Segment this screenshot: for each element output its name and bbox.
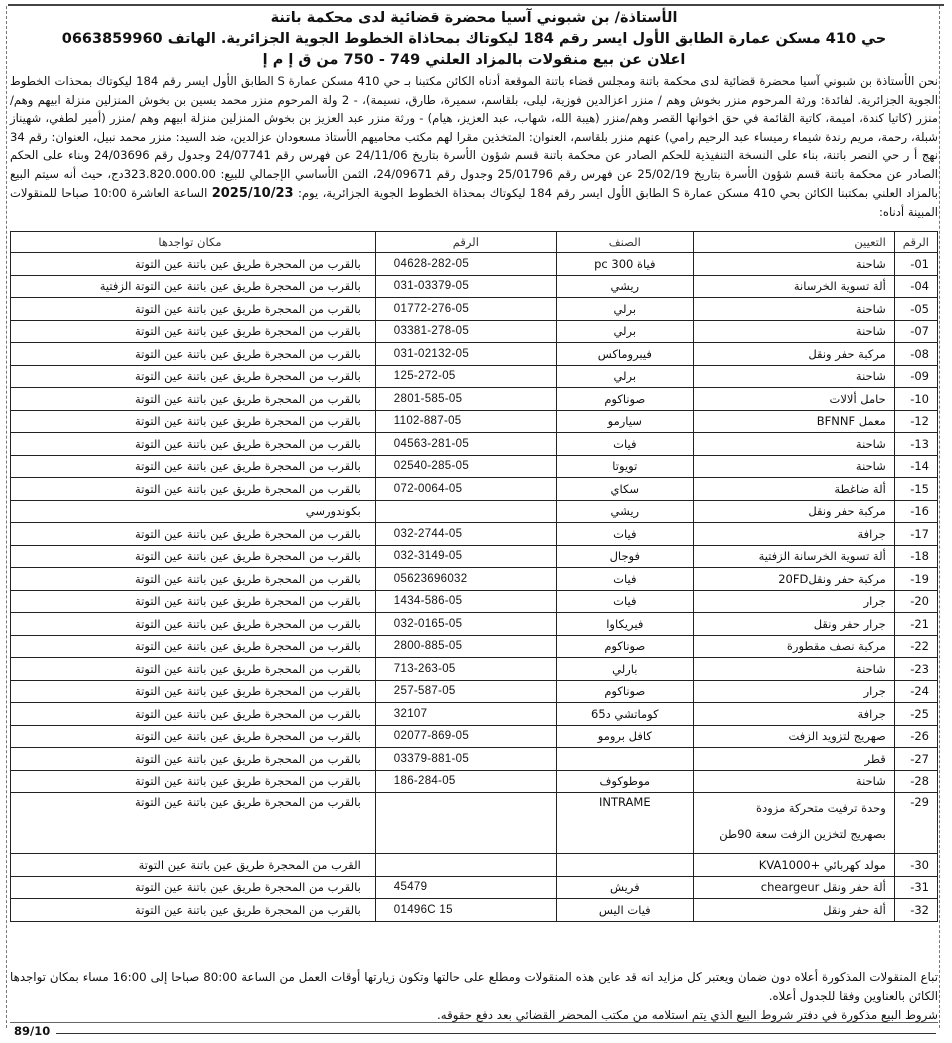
table-row: 15-ألة ضاغطةسكاي072-0064-05بالقرب من الم… [11, 478, 938, 501]
row-designation: مركبة حفر ونقل [693, 343, 894, 366]
sale-date: 2025/10/23 [212, 186, 294, 201]
row-number: 05- [894, 298, 937, 321]
row-registration: 072-0064-05 [375, 478, 556, 501]
row-location: بالقرب من المحجرة طريق عين باتنة عين الت… [11, 658, 376, 681]
row-registration: 257-587-05 [375, 680, 556, 703]
row-designation: ألة حفر ونقل [693, 899, 894, 922]
row-location: بالقرب من المحجرة طريق عين باتنة عين الت… [11, 275, 376, 298]
row-registration: 031-02132-05 [375, 343, 556, 366]
row-type: سكاي [556, 478, 693, 501]
row-designation: مركبة حفر ونقل20FD [693, 568, 894, 591]
row-number: 31- [894, 876, 937, 899]
table-row: 05-شاحنةبرلي01772-276-05بالقرب من المحجر… [11, 298, 938, 321]
page-rule [56, 1033, 936, 1034]
row-location: بالقرب من المحجرة طريق عين باتنة عين الت… [11, 770, 376, 793]
table-row: 07-شاحنةبرلي03381-278-05بالقرب من المحجر… [11, 320, 938, 343]
row-designation: جرار [693, 590, 894, 613]
row-registration: 031-03379-05 [375, 275, 556, 298]
row-designation: ألة تسوية الخرسانة [693, 275, 894, 298]
row-designation: جرار [693, 680, 894, 703]
table-row: 08-مركبة حفر ونقلفيبروماكس031-02132-05با… [11, 343, 938, 366]
row-number: 18- [894, 545, 937, 568]
row-location: بالقرب من المحجرة طريق عين باتنة عين الت… [11, 748, 376, 771]
row-number: 25- [894, 703, 937, 726]
row-designation: جرافة [693, 523, 894, 546]
row-designation: شاحنة [693, 365, 894, 388]
row-number: 22- [894, 635, 937, 658]
row-number: 09- [894, 365, 937, 388]
row-location: بالقرب من المحجرة طريق عين باتنة عين الت… [11, 899, 376, 922]
header-designation: التعيين [693, 232, 894, 253]
row-designation: شاحنة [693, 298, 894, 321]
row-location: بالقرب من المحجرة طريق عين باتنة عين الت… [11, 876, 376, 899]
items-table: الرقم التعيين الصنف الرقم مكان تواجدها 0… [10, 231, 938, 922]
row-number: 04- [894, 275, 937, 298]
row-type: فوجال [556, 545, 693, 568]
bailiff-address: حي 410 مسكن عمارة الطابق الأول ايسر رقم … [8, 29, 940, 50]
table-row: 22-مركبة نصف مقطورةصوناكوم2800-885-05بال… [11, 635, 938, 658]
viewing-terms: تباع المنقولات المذكورة أعلاه دون ضمان و… [10, 968, 938, 1006]
row-designation: مركبة نصف مقطورة [693, 635, 894, 658]
row-number: 29- [894, 793, 937, 854]
row-location: بالقرب من المحجرة طريق عين باتنة عين الت… [11, 725, 376, 748]
row-type: فيريكاوا [556, 613, 693, 636]
footer-divider [10, 1022, 938, 1023]
row-type: فيات [556, 433, 693, 456]
row-type: فيات اليس [556, 899, 693, 922]
row-number: 27- [894, 748, 937, 771]
table-row: 12-معمل BFNNFسيارمو1102-887-05بالقرب من … [11, 410, 938, 433]
row-registration: 125-272-05 [375, 365, 556, 388]
notice-header: الأستاذة/ بن شبوني آسيا محضرة قضائية لدى… [8, 8, 940, 71]
row-type: تويوتا [556, 455, 693, 478]
row-location: بالقرب من المحجرة طريق عين باتنة عين الت… [11, 590, 376, 613]
row-location: بالقرب من المحجرة طريق عين باتنة عين الت… [11, 410, 376, 433]
intro-paragraph: نحن الأستاذة بن شبوني آسيا محضرة قضائية … [10, 72, 938, 222]
row-designation: ألة ضاغطة [693, 478, 894, 501]
row-type: برلي [556, 365, 693, 388]
row-designation: شاحنة [693, 433, 894, 456]
row-type: موطوكوف [556, 770, 693, 793]
table-row: 32-ألة حفر ونقلفيات اليس01496C 15بالقرب … [11, 899, 938, 922]
header-registration: الرقم [375, 232, 556, 253]
row-type: فريش [556, 876, 693, 899]
row-type: سيارمو [556, 410, 693, 433]
row-type: فيبروماكس [556, 343, 693, 366]
row-number: 17- [894, 523, 937, 546]
row-designation: شاحنة [693, 658, 894, 681]
row-registration: 01496C 15 [375, 899, 556, 922]
row-registration: 032-3149-05 [375, 545, 556, 568]
designation-line-1: وحدة ترفيت متحركة مزودة [702, 795, 886, 821]
row-location: بالقرب من المحجرة طريق عين باتنة عين الت… [11, 365, 376, 388]
row-registration: 713-263-05 [375, 658, 556, 681]
row-designation: صهريج لتزويد الزفت [693, 725, 894, 748]
row-number: 19- [894, 568, 937, 591]
row-designation: جرافة [693, 703, 894, 726]
table-row: 01-شاحنةفياة 300 pc04628-282-05بالقرب من… [11, 253, 938, 276]
row-registration: 05623696032 [375, 568, 556, 591]
row-type: كوماتشي د65 [556, 703, 693, 726]
table-row: 29-وحدة ترفيت متحركة مزودةبصهريج لتخزين … [11, 793, 938, 854]
row-type: كافل برومو [556, 725, 693, 748]
row-location: بالقرب من المحجرة طريق عين باتنة عين الت… [11, 545, 376, 568]
row-number: 10- [894, 388, 937, 411]
row-location: القرب من المحجرة طريق عين باتنة عين التو… [11, 854, 376, 877]
row-designation: شاحنة [693, 320, 894, 343]
table-row: 18-ألة تسوية الخرسانة الزفتيةفوجال032-31… [11, 545, 938, 568]
row-registration: 2800-885-05 [375, 635, 556, 658]
row-number: 24- [894, 680, 937, 703]
row-registration [375, 793, 556, 854]
row-designation: قطر [693, 748, 894, 771]
row-location: بالقرب من المحجرة طريق عين باتنة عين الت… [11, 478, 376, 501]
row-registration: 45479 [375, 876, 556, 899]
page-id: 89/10 [14, 1024, 50, 1038]
row-designation: شاحنة [693, 455, 894, 478]
row-number: 21- [894, 613, 937, 636]
row-location: بالقرب من المحجرة طريق عين باتنة عين الت… [11, 680, 376, 703]
row-number: 26- [894, 725, 937, 748]
row-registration: 032-2744-05 [375, 523, 556, 546]
table-row: 23-شاحنةبارلي713-263-05بالقرب من المحجرة… [11, 658, 938, 681]
header-number: الرقم [894, 232, 937, 253]
row-type: فيات [556, 523, 693, 546]
row-location: بالقرب من المحجرة طريق عين باتنة عين الت… [11, 523, 376, 546]
table-row: 31-ألة حفر ونقل cheargeurفريش45479بالقرب… [11, 876, 938, 899]
intro-text: نحن الأستاذة بن شبوني آسيا محضرة قضائية … [10, 74, 938, 200]
row-number: 28- [894, 770, 937, 793]
table-row: 27-قطر03379-881-05بالقرب من المحجرة طريق… [11, 748, 938, 771]
row-registration: 1102-887-05 [375, 410, 556, 433]
table-row: 20-جرارفيات1434-586-05بالقرب من المحجرة … [11, 590, 938, 613]
row-registration [375, 500, 556, 523]
header-type: الصنف [556, 232, 693, 253]
row-number: 30- [894, 854, 937, 877]
table-row: 04-ألة تسوية الخرسانةريشي031-03379-05بال… [11, 275, 938, 298]
table-row: 09-شاحنةبرلي125-272-05بالقرب من المحجرة … [11, 365, 938, 388]
row-designation: ألة حفر ونقل cheargeur [693, 876, 894, 899]
table-row: 16-مركبة حفر ونقلريشيبكوندورسي [11, 500, 938, 523]
table-row: 24-جرارصوناكوم257-587-05بالقرب من المحجر… [11, 680, 938, 703]
row-registration: 03379-881-05 [375, 748, 556, 771]
row-location: بالقرب من المحجرة طريق عين باتنة عين الت… [11, 388, 376, 411]
row-type: برلي [556, 320, 693, 343]
row-location: بالقرب من المحجرة طريق عين باتنة عين الت… [11, 703, 376, 726]
row-registration [375, 854, 556, 877]
table-row: 21-جرار حفر ونقلفيريكاوا032-0165-05بالقر… [11, 613, 938, 636]
row-registration: 1434-586-05 [375, 590, 556, 613]
row-type: صوناكوم [556, 388, 693, 411]
row-number: 15- [894, 478, 937, 501]
row-type [556, 854, 693, 877]
row-type: فيات [556, 590, 693, 613]
footer-notes: تباع المنقولات المذكورة أعلاه دون ضمان و… [10, 968, 938, 1024]
row-designation: وحدة ترفيت متحركة مزودةبصهريج لتخزين الز… [693, 793, 894, 854]
row-location: بالقرب من المحجرة طريق عين باتنة عين الت… [11, 635, 376, 658]
row-number: 16- [894, 500, 937, 523]
row-registration: 32107 [375, 703, 556, 726]
row-registration: 04628-282-05 [375, 253, 556, 276]
row-registration: 01772-276-05 [375, 298, 556, 321]
table-row: 25-جرافةكوماتشي د6532107بالقرب من المحجر… [11, 703, 938, 726]
row-location: بالقرب من المحجرة طريق عين باتنة عين الت… [11, 433, 376, 456]
row-number: 14- [894, 455, 937, 478]
row-location: بالقرب من المحجرة طريق عين باتنة عين الت… [11, 455, 376, 478]
row-number: 12- [894, 410, 937, 433]
table-row: 14-شاحنةتويوتا02540-285-05بالقرب من المح… [11, 455, 938, 478]
row-number: 23- [894, 658, 937, 681]
row-location: بالقرب من المحجرة طريق عين باتنة عين الت… [11, 613, 376, 636]
row-registration: 03381-278-05 [375, 320, 556, 343]
header-location: مكان تواجدها [11, 232, 376, 253]
row-designation: شاحنة [693, 770, 894, 793]
row-location: بالقرب من المحجرة طريق عين باتنة عين الت… [11, 298, 376, 321]
row-registration: 186-284-05 [375, 770, 556, 793]
row-registration: 02540-285-05 [375, 455, 556, 478]
row-location: بكوندورسي [11, 500, 376, 523]
row-number: 08- [894, 343, 937, 366]
table-row: 10-حامل ألالاتصوناكوم2801-585-05بالقرب م… [11, 388, 938, 411]
row-registration: 2801-585-05 [375, 388, 556, 411]
row-designation: مركبة حفر ونقل [693, 500, 894, 523]
row-type: صوناكوم [556, 680, 693, 703]
row-type: INTRAME [556, 793, 693, 854]
row-registration: 032-0165-05 [375, 613, 556, 636]
row-location: بالقرب من المحجرة طريق عين باتنة عين الت… [11, 568, 376, 591]
notice-title: اعلان عن بيع منقولات بالمزاد العلني 749 … [8, 50, 940, 71]
row-type: برلي [556, 298, 693, 321]
row-designation: شاحنة [693, 253, 894, 276]
row-registration: 04563-281-05 [375, 433, 556, 456]
row-registration: 02077-869-05 [375, 725, 556, 748]
table-header-row: الرقم التعيين الصنف الرقم مكان تواجدها [11, 232, 938, 253]
table-row: 17-جرافةفيات032-2744-05بالقرب من المحجرة… [11, 523, 938, 546]
row-type: ريشي [556, 275, 693, 298]
row-type: فياة 300 pc [556, 253, 693, 276]
row-type: فيات [556, 568, 693, 591]
row-type [556, 748, 693, 771]
row-designation: جرار حفر ونقل [693, 613, 894, 636]
row-type: بارلي [556, 658, 693, 681]
table-row: 26-صهريج لتزويد الزفتكافل برومو02077-869… [11, 725, 938, 748]
row-type: صوناكوم [556, 635, 693, 658]
row-location: بالقرب من المحجرة طريق عين باتنة عين الت… [11, 253, 376, 276]
row-location: بالقرب من المحجرة طريق عين باتنة عين الت… [11, 320, 376, 343]
table-row: 13-شاحنةفيات04563-281-05بالقرب من المحجر… [11, 433, 938, 456]
table-row: 19-مركبة حفر ونقل20FDفيات05623696032بالق… [11, 568, 938, 591]
row-number: 01- [894, 253, 937, 276]
bailiff-name: الأستاذة/ بن شبوني آسيا محضرة قضائية لدى… [8, 8, 940, 29]
row-designation: مولد كهربائي +KVA1000 [693, 854, 894, 877]
table-row: 28-شاحنةموطوكوف186-284-05بالقرب من المحج… [11, 770, 938, 793]
table-row: 30-مولد كهربائي +KVA1000القرب من المحجرة… [11, 854, 938, 877]
row-number: 07- [894, 320, 937, 343]
designation-line-2: بصهريج لتخزين الزفت سعة 90طن [702, 821, 886, 847]
row-number: 13- [894, 433, 937, 456]
row-location: بالقرب من المحجرة طريق عين باتنة عين الت… [11, 793, 376, 854]
row-designation: ألة تسوية الخرسانة الزفتية [693, 545, 894, 568]
row-location: بالقرب من المحجرة طريق عين باتنة عين الت… [11, 343, 376, 366]
row-type: ريشي [556, 500, 693, 523]
row-number: 20- [894, 590, 937, 613]
row-number: 32- [894, 899, 937, 922]
row-designation: معمل BFNNF [693, 410, 894, 433]
row-designation: حامل ألالات [693, 388, 894, 411]
